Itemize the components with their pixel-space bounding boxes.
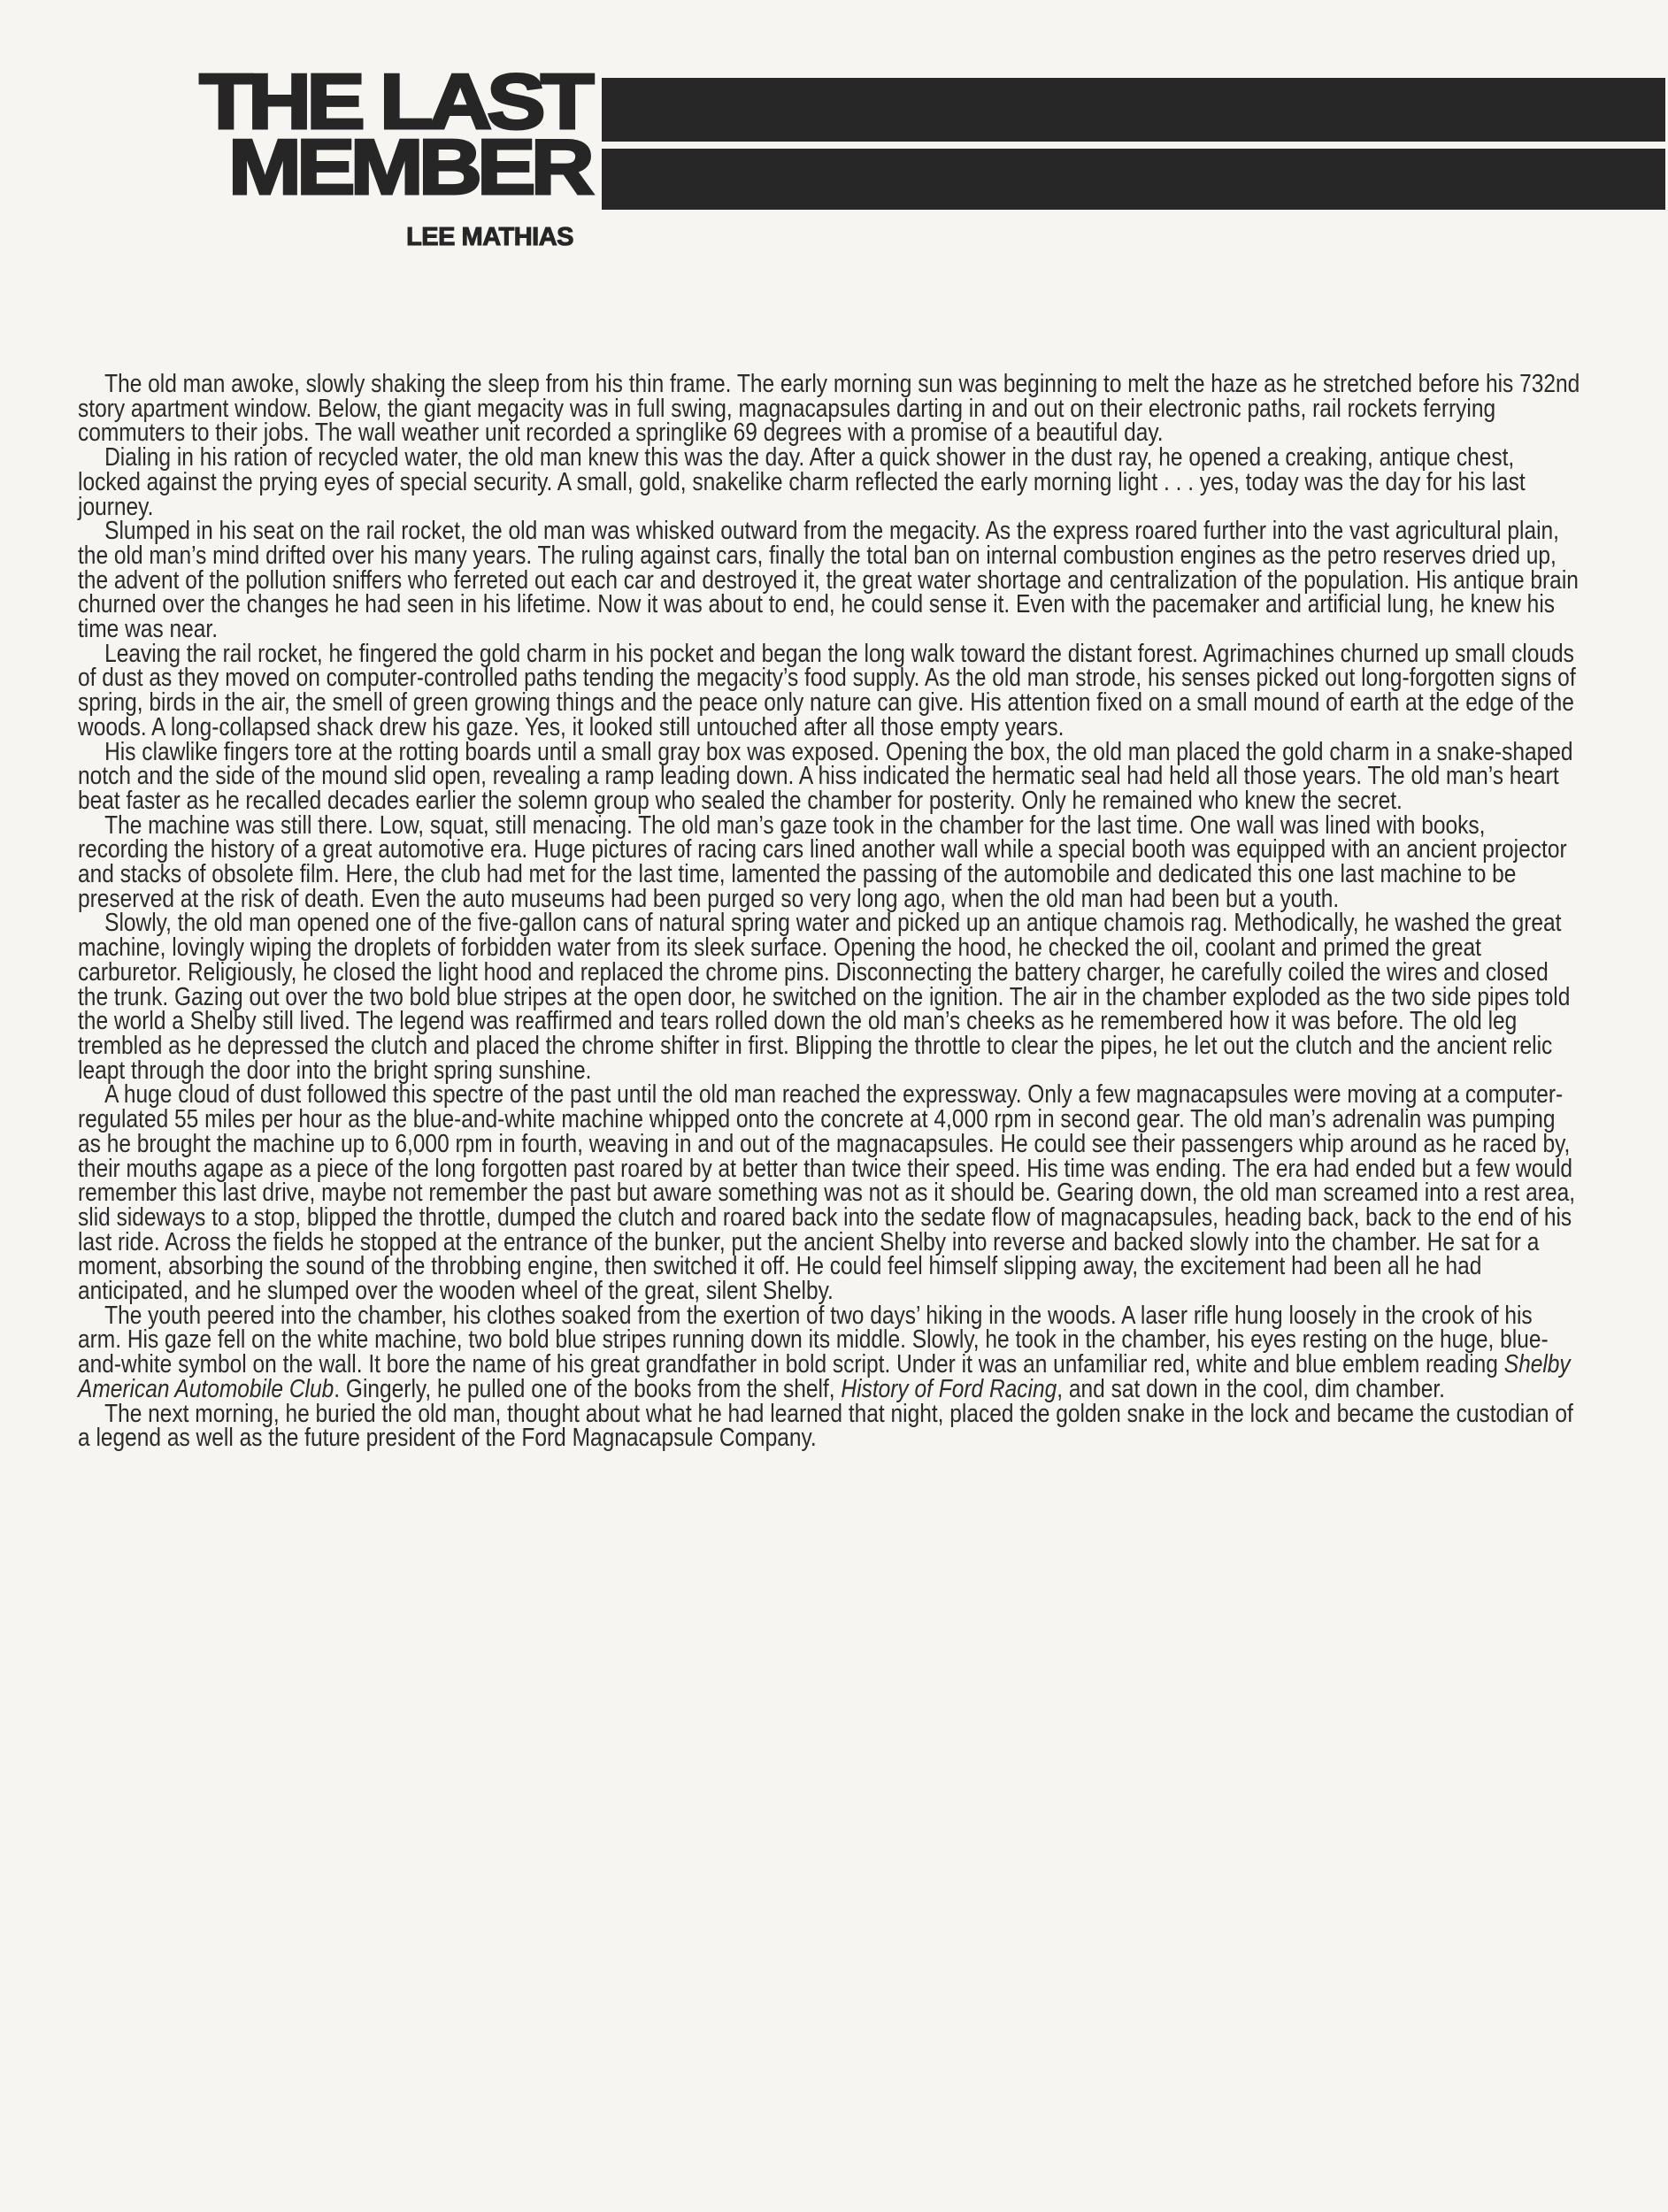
paragraph: The machine was still there. Low, squat,…	[78, 814, 1581, 912]
paragraph: His clawlike fingers tore at the rotting…	[78, 741, 1581, 814]
author-byline: LEE MATHIAS	[327, 223, 573, 252]
paragraph: Dialing in his ration of recycled water,…	[78, 446, 1581, 519]
paragraph: Slowly, the old man opened one of the fi…	[78, 911, 1581, 1083]
header-stripe-top	[602, 78, 1665, 142]
paragraph: Slumped in his seat on the rail rocket, …	[78, 519, 1581, 642]
header-stripe-bottom	[602, 149, 1665, 210]
article-title: THE LAST MEMBER	[76, 69, 589, 200]
paragraph: Leaving the rail rocket, he fingered the…	[78, 642, 1581, 741]
paragraph: A huge cloud of dust followed this spect…	[78, 1083, 1581, 1303]
paragraph-text: The youth peered into the chamber, his c…	[78, 1302, 1549, 1379]
article-body: The old man awoke, slowly shaking the sl…	[78, 373, 1581, 1451]
paragraph: The youth peered into the chamber, his c…	[78, 1304, 1581, 1402]
title-line-2: MEMBER	[10, 134, 589, 200]
paragraph: The next morning, he buried the old man,…	[78, 1402, 1581, 1451]
magazine-page: THE LAST MEMBER LEE MATHIAS The old man …	[0, 0, 1668, 2212]
paragraph: The old man awoke, slowly shaking the sl…	[78, 373, 1581, 446]
